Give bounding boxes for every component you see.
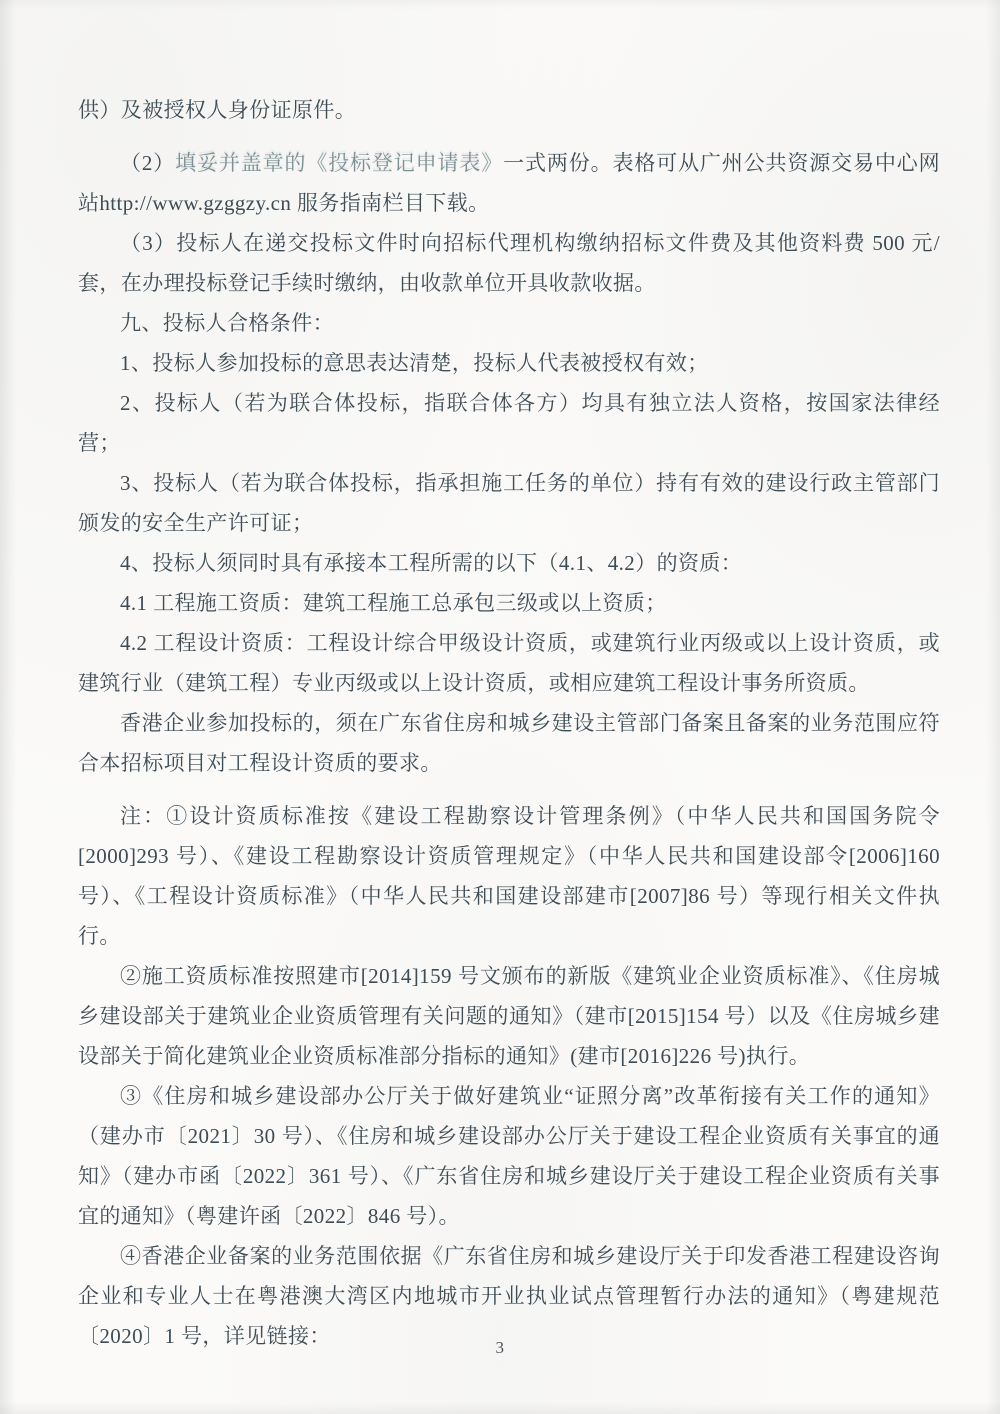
paragraph: ③《住房和城乡建设部办公厅关于做好建筑业“证照分离”改革衔接有关工作的通知》（建… — [78, 1076, 940, 1236]
paragraph: 4、投标人须同时具有承接本工程所需的以下（4.1、4.2）的资质： — [78, 543, 940, 583]
text-run: 注：①设计资质标准按《建设工程勘察设计管理条例》（中华人民共和国国务院令[200… — [78, 804, 940, 948]
text-run: 4.2 工程设计资质：工程设计综合甲级设计资质，或建筑行业丙级或以上设计资质，或… — [78, 631, 940, 695]
text-run: ②施工资质标准按照建市[2014]159 号文颁布的新版《建筑业企业资质标准》、… — [78, 964, 940, 1068]
paragraph: 4.1 工程施工资质：建筑工程施工总承包三级或以上资质； — [78, 583, 940, 623]
text-run: ③《住房和城乡建设部办公厅关于做好建筑业“证照分离”改革衔接有关工作的通知》（建… — [78, 1084, 940, 1228]
page-number: 3 — [0, 1338, 1000, 1358]
text-run: （2） — [120, 151, 175, 175]
paragraph: 香港企业参加投标的，须在广东省住房和城乡建设主管部门备案且备案的业务范围应符合本… — [78, 703, 940, 783]
text-run: 4.1 工程施工资质：建筑工程施工总承包三级或以上资质； — [120, 591, 667, 615]
document-body: 供）及被授权人身份证原件。（2）填妥并盖章的《投标登记申请表》一式两份。表格可从… — [78, 90, 940, 1356]
text-run: 供）及被授权人身份证原件。 — [78, 98, 356, 122]
paragraph: 九、投标人合格条件： — [78, 303, 940, 343]
paragraph: （2）填妥并盖章的《投标登记申请表》一式两份。表格可从广州公共资源交易中心网站h… — [78, 143, 940, 223]
text-run: 九、投标人合格条件： — [120, 311, 334, 335]
paragraphs: 供）及被授权人身份证原件。（2）填妥并盖章的《投标登记申请表》一式两份。表格可从… — [78, 90, 940, 1356]
paragraph: 注：①设计资质标准按《建设工程勘察设计管理条例》（中华人民共和国国务院令[200… — [78, 796, 940, 956]
text-run: 2、投标人（若为联合体投标，指联合体各方）均具有独立法人资格，按国家法律经营； — [78, 391, 940, 455]
text-run: 4、投标人须同时具有承接本工程所需的以下（4.1、4.2）的资质： — [120, 551, 742, 575]
text-run: 香港企业参加投标的，须在广东省住房和城乡建设主管部门备案且备案的业务范围应符合本… — [78, 711, 940, 775]
paragraph: 4.2 工程设计资质：工程设计综合甲级设计资质，或建筑行业丙级或以上设计资质，或… — [78, 623, 940, 703]
text-run: （3）投标人在递交投标文件时向招标代理机构缴纳招标文件费及其他资料费 500 元… — [78, 231, 940, 295]
paragraph: （3）投标人在递交投标文件时向招标代理机构缴纳招标文件费及其他资料费 500 元… — [78, 223, 940, 303]
text-run: 填妥并盖章的《投标登记申请表》 — [175, 151, 503, 175]
paragraph: 2、投标人（若为联合体投标，指联合体各方）均具有独立法人资格，按国家法律经营； — [78, 383, 940, 463]
document-page: 供）及被授权人身份证原件。（2）填妥并盖章的《投标登记申请表》一式两份。表格可从… — [0, 0, 1000, 1414]
paragraph: 1、投标人参加投标的意思表达清楚，投标人代表被授权有效； — [78, 343, 940, 383]
text-run: ④香港企业备案的业务范围依据《广东省住房和城乡建设厅关于印发香港工程建设咨询企业… — [78, 1244, 940, 1348]
paragraph: 3、投标人（若为联合体投标，指承担施工任务的单位）持有有效的建设行政主管部门颁发… — [78, 463, 940, 543]
paragraph: 供）及被授权人身份证原件。 — [78, 90, 940, 130]
text-run: 1、投标人参加投标的意思表达清楚，投标人代表被授权有效； — [120, 351, 709, 375]
paragraph: ②施工资质标准按照建市[2014]159 号文颁布的新版《建筑业企业资质标准》、… — [78, 956, 940, 1076]
text-run: 3、投标人（若为联合体投标，指承担施工任务的单位）持有有效的建设行政主管部门颁发… — [78, 471, 940, 535]
